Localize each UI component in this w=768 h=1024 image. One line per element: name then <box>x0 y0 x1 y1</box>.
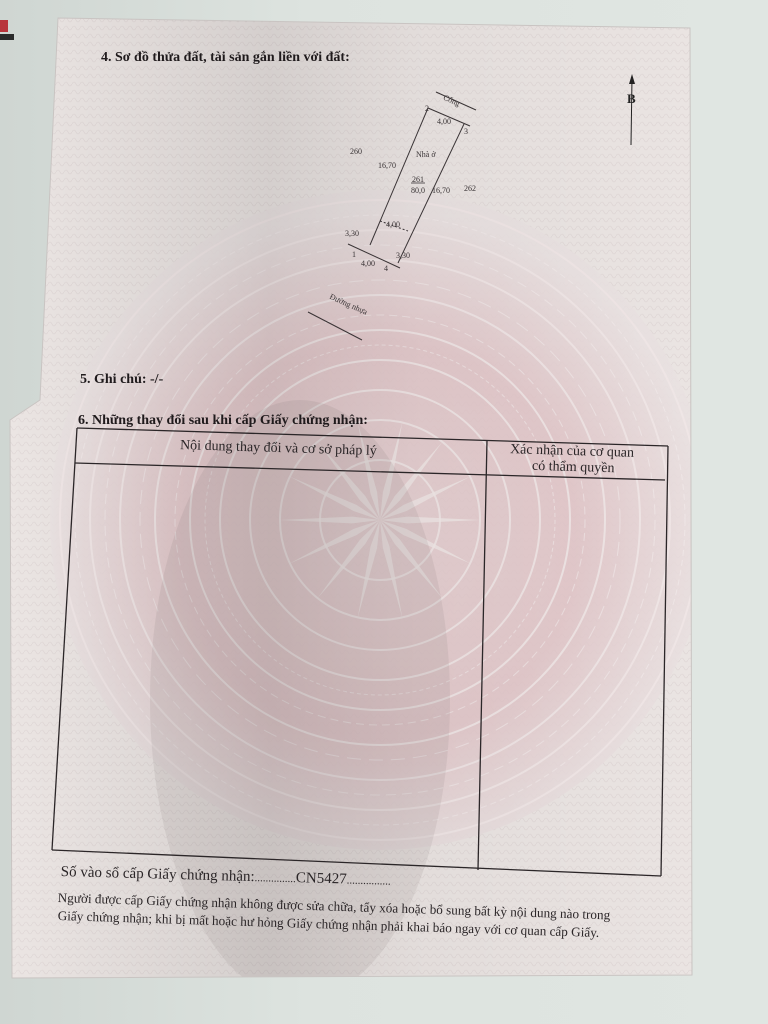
column-header-authority-line2: có thẩm quyền <box>532 459 615 477</box>
registry-dots-before: ............... <box>254 872 296 885</box>
paper-sheet: 4. Sơ đồ thửa đất, tài sản gắn liền với … <box>0 0 768 1024</box>
registry-number: CN5427 <box>296 870 347 887</box>
registry-dots-after: ................ <box>347 874 391 887</box>
certificate-page: 4. Sơ đồ thửa đất, tài sản gắn liền với … <box>0 0 768 1024</box>
